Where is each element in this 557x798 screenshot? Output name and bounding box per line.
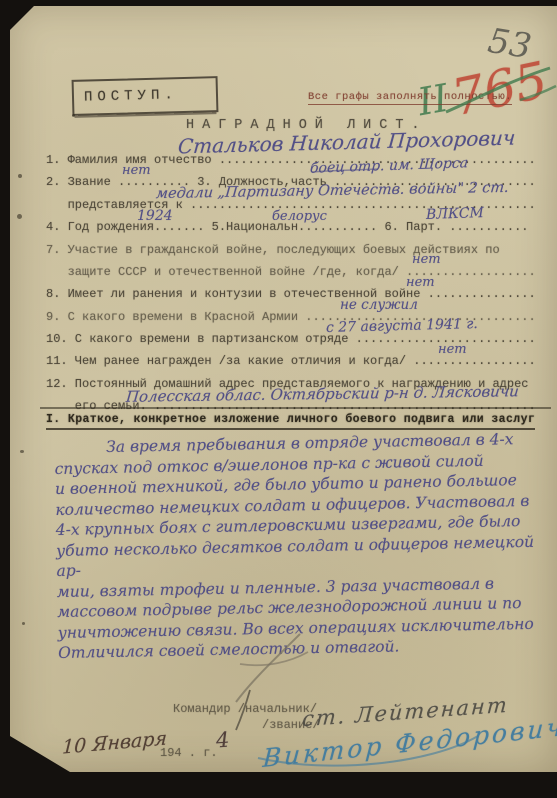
section-divider (40, 407, 551, 409)
typed-line: 8. Имеет ли ранения и контузии в отечест… (46, 287, 536, 301)
typed-line: защите СССР и отечественной войне /где, … (46, 265, 536, 279)
scanned-document: 53 II 765 ПОСТУП. Все графы заполнять по… (0, 0, 557, 798)
entry-party: ВЛКСМ (426, 205, 484, 223)
fill-instruction: Все графы заполнять полностью. (308, 91, 512, 105)
entry-rank: нет (122, 163, 151, 178)
citation-paragraph: За время пребывания в отряде участвовал … (54, 429, 550, 664)
entry-red-army: не служил (340, 297, 418, 313)
date-typed: 194 . г. (160, 746, 218, 760)
commander-label: Командир /начальник/ (173, 702, 317, 716)
entry-wounds: нет (406, 275, 435, 290)
entry-civil-war: нет (412, 252, 441, 267)
entry-prior-awards: нет (438, 342, 467, 357)
receipt-stamp-label: ПОСТУП. (74, 87, 178, 106)
paper-sheet: 53 II 765 ПОСТУП. Все графы заполнять по… (10, 6, 557, 772)
date-day-month: 10 Января (62, 727, 168, 758)
entry-birth-year: 1924 (137, 208, 173, 224)
receipt-stamp: ПОСТУП. (72, 76, 219, 116)
entry-nationality: белорус (272, 209, 327, 224)
date-year-digit: 4 (215, 728, 230, 753)
registry-number-mark: 765 (447, 51, 552, 128)
citation-header: I. Краткое, конкретное изложение личного… (46, 413, 535, 430)
